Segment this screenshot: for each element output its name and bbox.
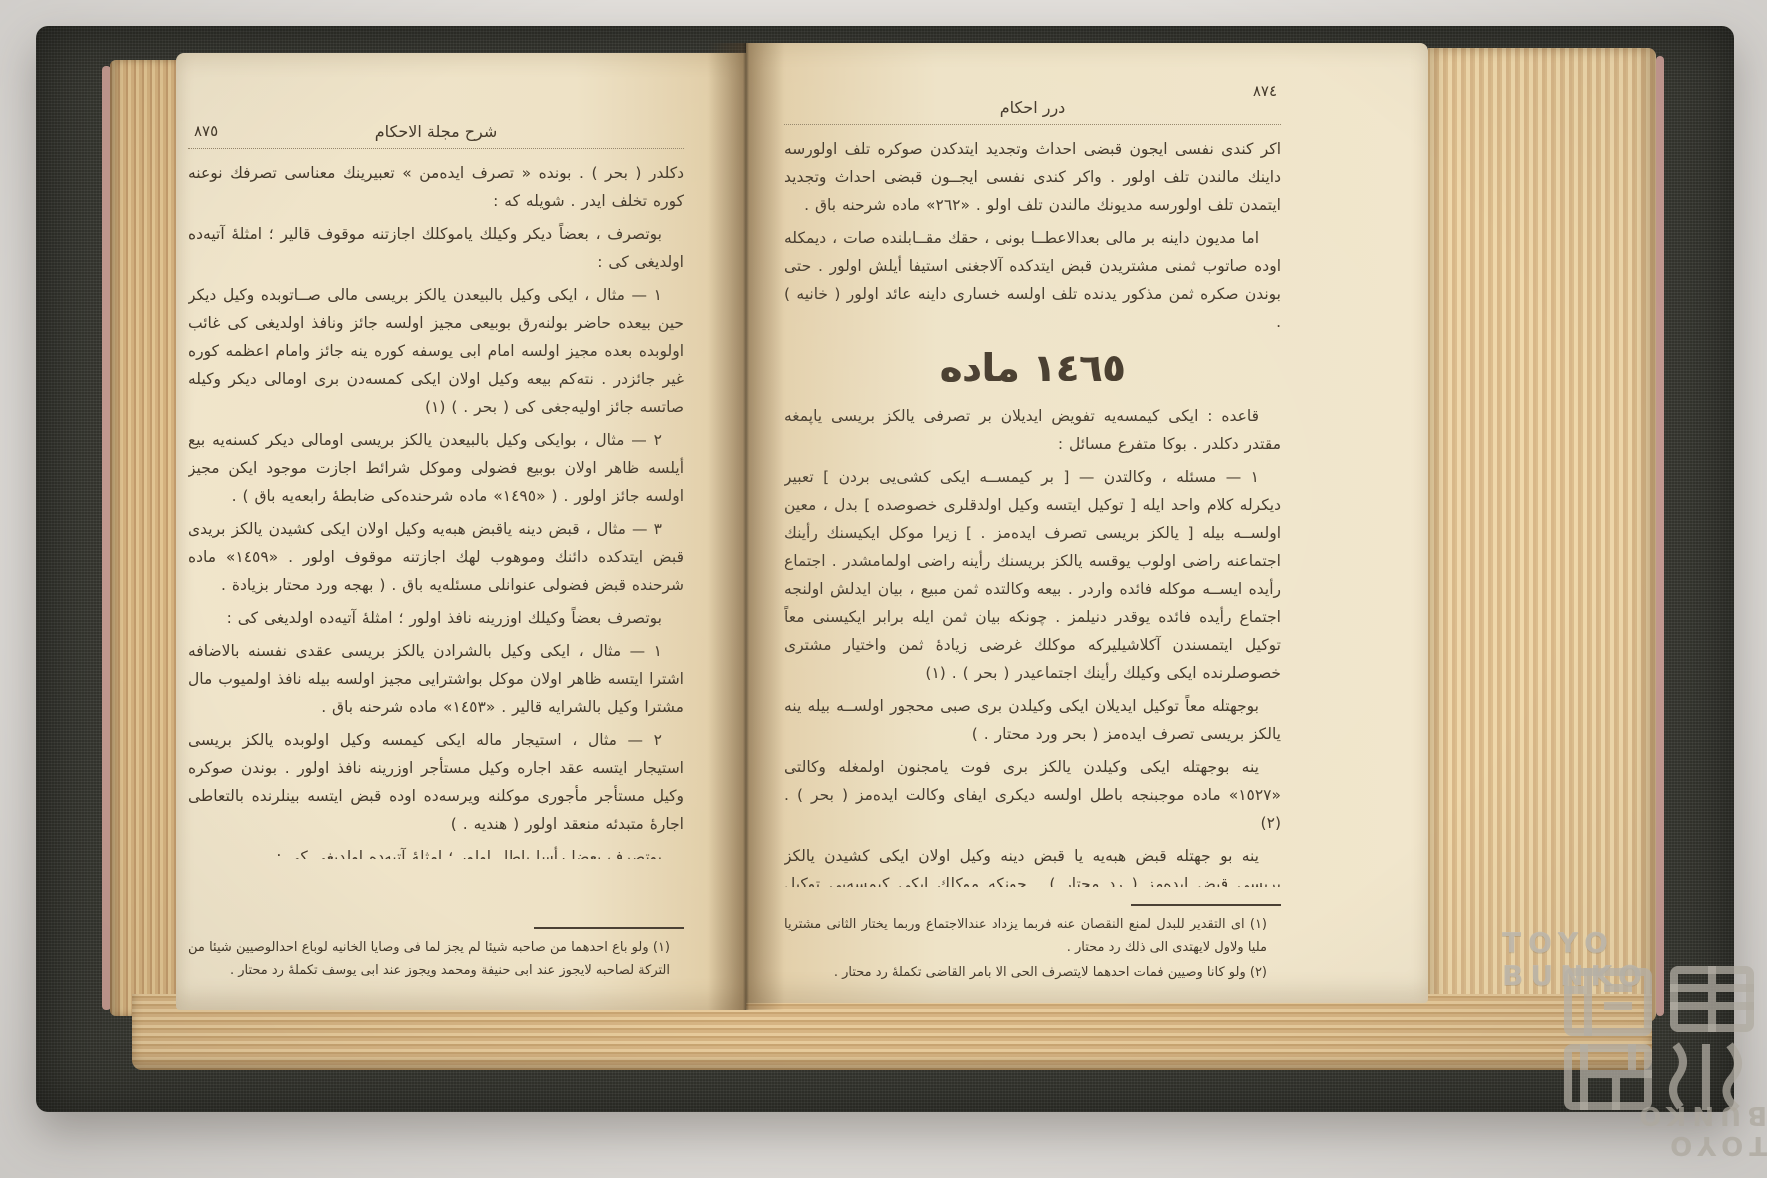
footnotes: (١) اى التقدير للبدل لمنع النقصان عنه فر…: [784, 904, 1281, 986]
footnote: (١) اى التقدير للبدل لمنع النقصان عنه فر…: [784, 913, 1267, 959]
paragraph: ١ — مسئله ، وكالتدن — [ بر كيمســه ايكى …: [784, 463, 1281, 687]
page-edges-right: [1428, 48, 1656, 1022]
paragraph: ينه بوجهتله ايكى وكيلدن يالكز برى فوت يا…: [784, 753, 1281, 837]
paragraph: ٣ — مثال ، قبض دينه ياقبض هبه‌يه وكيل او…: [188, 515, 684, 599]
photo-background: ٨٧٥ شرح مجلة الاحكام دكلدر ( بحر ) . بون…: [0, 0, 1767, 1178]
paragraph: بوتصرف بعضا رأسا باطل اولور ؛ امثلهٔ آتي…: [188, 843, 684, 859]
article-heading: ١٤٦٥ ماده: [784, 346, 1281, 390]
footnote-rule: [534, 927, 684, 929]
paragraph: دكلدر ( بحر ) . بونده « تصرف ايده‌من » ت…: [188, 159, 684, 215]
page-number: ٨٧٤: [1253, 82, 1277, 100]
page-edges-left: [110, 60, 176, 1016]
paragraph: ينه بو جهتله قبض هبه‌يه يا قبض دينه وكيل…: [784, 842, 1281, 887]
footnote: (٢) ولو كانا وصيين فمات احدهما لايتصرف ا…: [784, 961, 1267, 984]
footnote-rule: [1131, 904, 1281, 906]
footnote: (١) ولو باع احدهما من صاحبه شيئا لم يجز …: [188, 936, 670, 982]
running-head-row: ٨٧٤ درر احكام: [784, 98, 1281, 125]
paragraph: ١ — مثال ، ايكى وكيل بالشرادن يالكز بريس…: [188, 637, 684, 721]
body-text: دكلدر ( بحر ) . بونده « تصرف ايده‌من » ت…: [188, 159, 684, 859]
body-text: اكر كندى نفسى ايجون قبضى احداث وتجديد اي…: [784, 135, 1281, 887]
paragraph: ١ — مثال ، ايكى وكيل بالبيعدن يالكز بريس…: [188, 281, 684, 421]
book-cover: ٨٧٥ شرح مجلة الاحكام دكلدر ( بحر ) . بون…: [36, 26, 1734, 1112]
endpaper-right: [1656, 56, 1664, 1016]
paragraph: ٢ — مثال ، استيجار ماله ايكى كيمسه وكيل …: [188, 726, 684, 838]
page-number: ٨٧٥: [194, 122, 218, 140]
paragraph: بوتصرف ، بعضاً ديكر وكيلك ياموكلك اجازتن…: [188, 220, 684, 276]
paragraph: بوجهتله معاً توكيل ايديلان ايكى وكيلدن ب…: [784, 692, 1281, 748]
paragraph: بوتصرف بعضاً وكيلك اوزرينه نافذ اولور ؛ …: [188, 604, 684, 632]
footnotes: (١) ولو باع احدهما من صاحبه شيئا لم يجز …: [188, 927, 684, 984]
right-page-column: ٨٧٤ درر احكام اكر كندى نفسى ايجون قبضى ا…: [784, 98, 1281, 986]
running-head: شرح مجلة الاحكام: [375, 122, 498, 141]
paragraph: اكر كندى نفسى ايجون قبضى احداث وتجديد اي…: [784, 135, 1281, 219]
running-head-row: ٨٧٥ شرح مجلة الاحكام: [188, 122, 684, 149]
paragraph: اما مديون داينه بر مالى بعدالاعطــا بونى…: [784, 224, 1281, 336]
paragraph: قاعده : ايكى كيمسه‌يه تفويض ايديلان بر ت…: [784, 402, 1281, 458]
paragraph: ٢ — مثال ، بوايكى وكيل بالبيعدن يالكز بر…: [188, 426, 684, 510]
running-head: درر احكام: [1000, 98, 1066, 117]
left-page-column: ٨٧٥ شرح مجلة الاحكام دكلدر ( بحر ) . بون…: [188, 122, 684, 984]
